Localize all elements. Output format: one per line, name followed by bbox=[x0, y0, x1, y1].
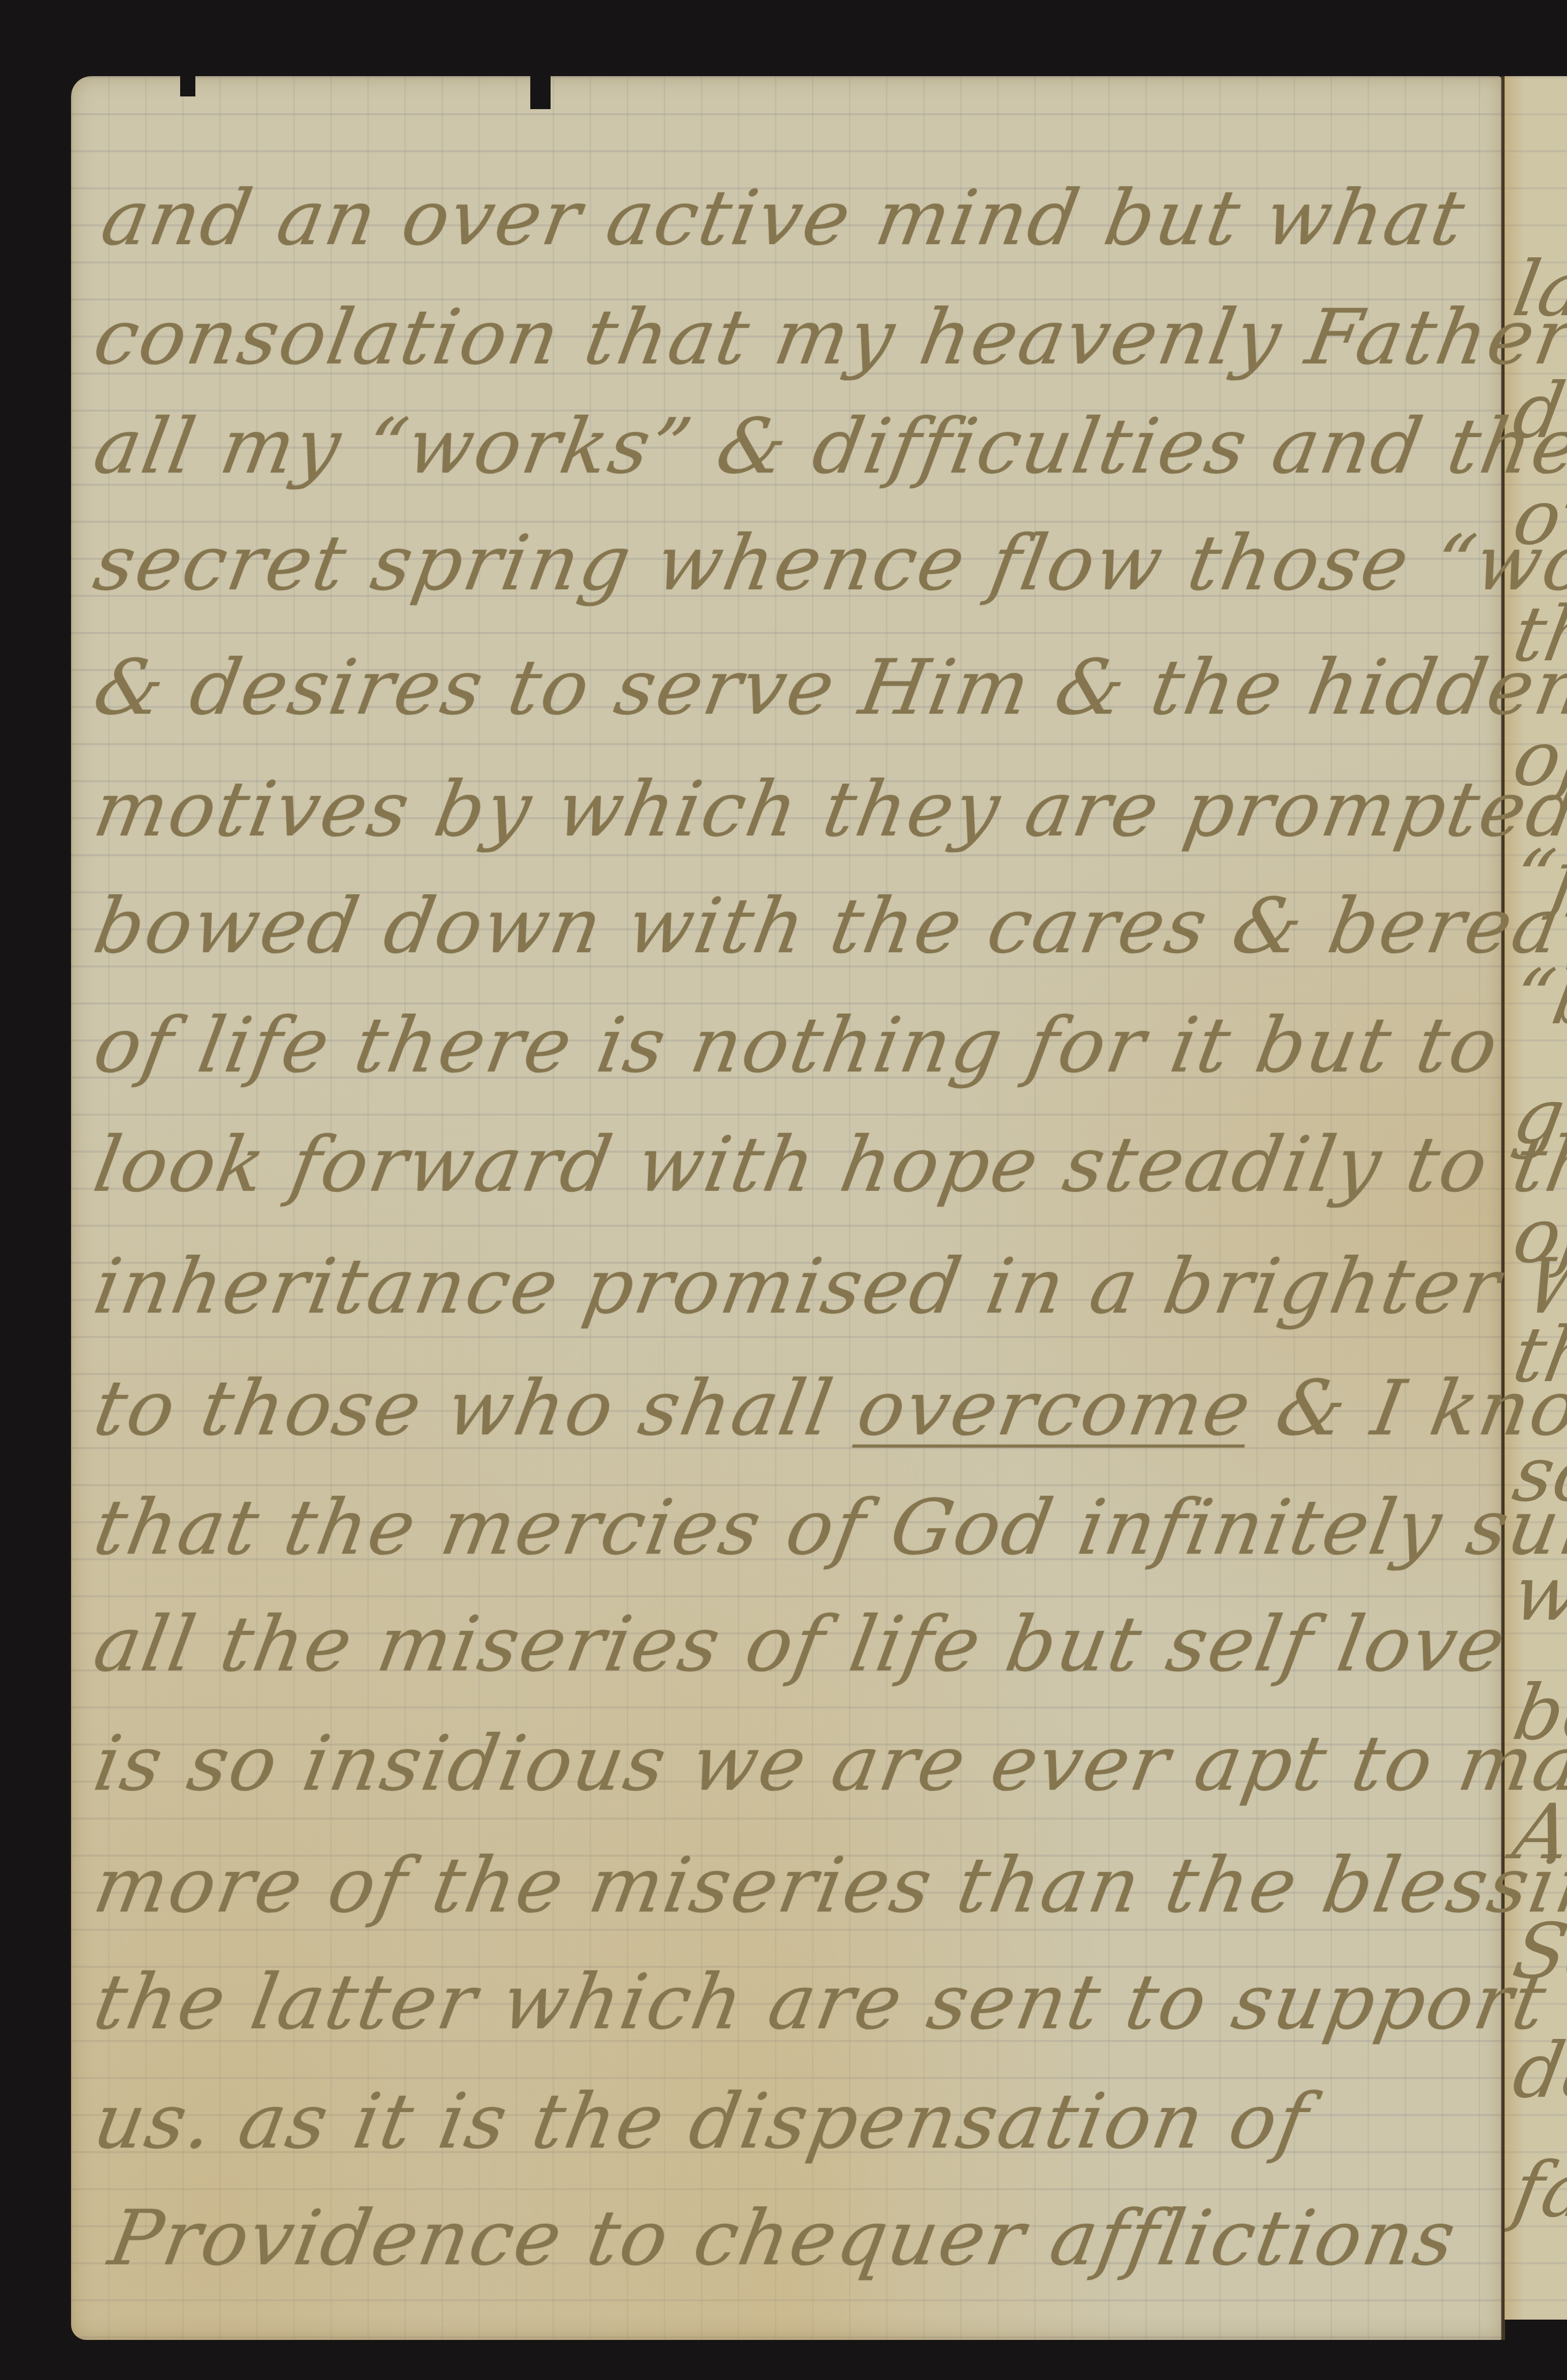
manuscript-line: the latter which are sent to support bbox=[89, 1964, 1553, 2040]
manuscript-line: & desires to serve Him & the hidden bbox=[89, 650, 1567, 726]
manuscript-line: all the miseries of life but self love bbox=[89, 1606, 1512, 1683]
manuscript-line: to those who shall overcome & I know bbox=[89, 1370, 1567, 1447]
adjacent-fragment: fa bbox=[1508, 2152, 1567, 2228]
manuscript-line: is so insidious we are ever apt to make bbox=[89, 1726, 1567, 1802]
manuscript-line: Providence to chequer afflictions bbox=[104, 2200, 1462, 2276]
page-tear-notch bbox=[180, 76, 195, 96]
manuscript-line: bowed down with the cares & bereavements bbox=[89, 888, 1567, 964]
manuscript-line: look forward with hope steadily to that bbox=[89, 1127, 1567, 1203]
manuscript-line: that the mercies of God infinitely surpa… bbox=[89, 1490, 1567, 1566]
manuscript-line: inheritance promised in a brighter World bbox=[89, 1249, 1567, 1325]
manuscript-line: consolation that my heavenly Father know… bbox=[89, 299, 1567, 376]
manuscript-line: and an over active mind but what bbox=[96, 180, 1472, 256]
manuscript-line: all my “works” & difficulties and the bbox=[89, 409, 1567, 485]
manuscript-line: us. as it is the dispensation of bbox=[89, 2084, 1315, 2160]
underlined-word: overcome bbox=[851, 1364, 1259, 1453]
line-text: & I know bbox=[1243, 1364, 1567, 1453]
adjacent-fragment: “b bbox=[1508, 959, 1567, 1035]
manuscript-line: of life there is nothing for it but to bbox=[89, 1008, 1505, 1084]
manuscript-line: more of the miseries than the blessings. bbox=[89, 1848, 1567, 1924]
page-tear-notch bbox=[530, 76, 551, 109]
manuscript-line: motives by which they are prompted bbox=[89, 772, 1567, 848]
manuscript-line: secret spring whence flow those “works” bbox=[89, 525, 1567, 601]
line-text: to those who shall bbox=[88, 1364, 867, 1453]
